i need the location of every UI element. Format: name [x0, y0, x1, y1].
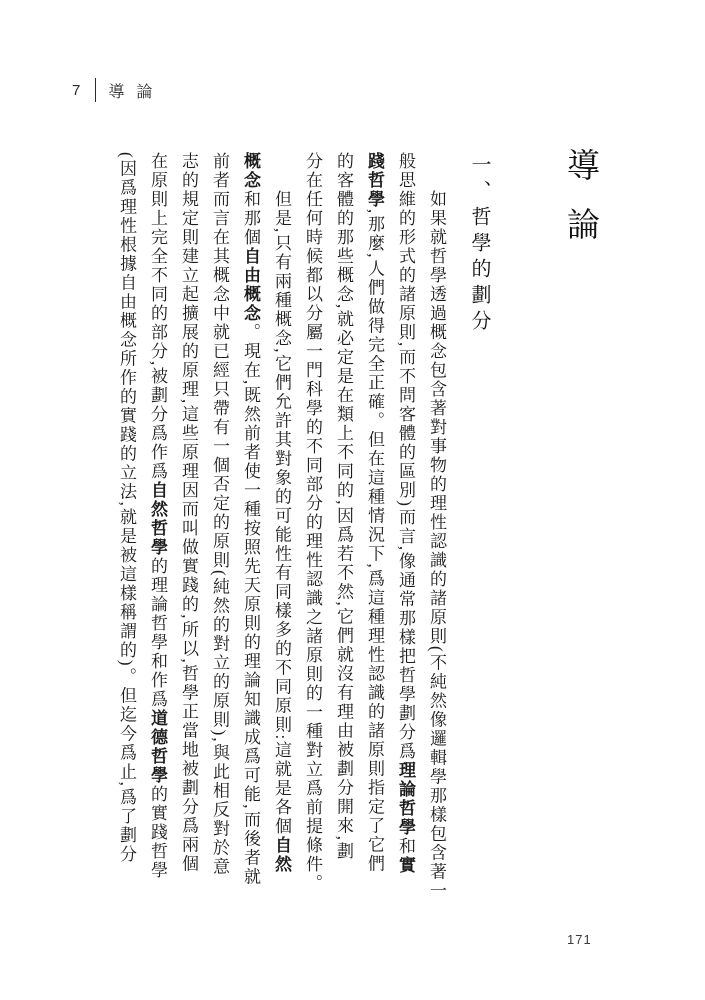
text-column: 般思維的形式的諸原則,而不問客體的區別)而言,像通常那樣把哲學劃分爲理論哲學和實: [390, 146, 421, 946]
section-heading: 一、哲學的劃分: [464, 146, 494, 946]
document-title: 導論: [554, 146, 606, 946]
vertical-text-area: 導論 一、哲學的劃分 如果就哲學透過概念包含著對事物的理性認識的諸原則(不純然像…: [110, 146, 606, 946]
body-text: 分在任何時候都以分屬一門科學的不同部分的理性認識之諸原則的一種對立爲前提條件。: [303, 152, 322, 893]
body-text: 般思維的形式的諸原則,而不問客體的區別)而言,像通常那樣把哲學劃分爲: [396, 152, 415, 761]
body-text: 的實踐哲學: [148, 785, 167, 880]
text-column: 前者而言在其概念中就已經只帶有一個否定的原則(純然的對立的原則),與此相反對於意: [204, 146, 235, 946]
header-divider: [95, 78, 96, 102]
text-column: 志的規定則建立起擴展的原理,這些原理因而叫做實踐的,所以,哲學正當地被劃分爲兩個: [173, 146, 204, 946]
body-text: 在原則上完全不同的部分,被劃分爲作爲: [148, 152, 167, 481]
emphasized-term: 踐哲學: [365, 152, 384, 209]
body-text: 的客體的那些概念,就必定是在類上不同的,因爲若不然,它們就沒有理由被劃分開來,劃: [334, 152, 353, 861]
body-text: (因爲理性根據自由概念所作的實踐的立法,就是被這樣稱謂的)。但迄今爲止,爲了劃分: [117, 152, 136, 864]
body-columns: 如果就哲學透過概念包含著對事物的理性認識的諸原則(不純然像邏輯學那樣包含著一般思…: [111, 146, 452, 946]
body-text: 和那個: [241, 190, 260, 247]
emphasized-term: 自然哲學: [148, 481, 167, 557]
body-text: 的理論哲學和作爲: [148, 557, 167, 709]
header-page-number: 7: [72, 82, 81, 99]
text-column: 踐哲學,那麼,人們做得完全正確。但在這種情況下,爲這種理性認識的諸原則指定了它們: [359, 146, 390, 946]
body-text: 和: [396, 837, 415, 856]
text-column: 分在任何時候都以分屬一門科學的不同部分的理性認識之諸原則的一種對立爲前提條件。: [297, 146, 328, 946]
body-text: 如果就哲學透過概念包含著對事物的理性認識的諸原則(不純然像邏輯學那樣包含著一: [427, 190, 446, 901]
text-column: 如果就哲學透過概念包含著對事物的理性認識的諸原則(不純然像邏輯學那樣包含著一: [421, 146, 452, 946]
emphasized-term: 自然: [272, 836, 291, 874]
emphasized-term: 道德哲學: [148, 709, 167, 785]
emphasized-term: 理論哲學: [396, 761, 415, 837]
book-page: 7 導論 導論 一、哲學的劃分 如果就哲學透過概念包含著對事物的理性認識的諸原則…: [0, 0, 705, 1000]
text-column: 但是,只有兩種概念,它們允許其對象的可能性有同樣多的不同原則:這就是各個自然: [266, 146, 297, 946]
text-column: 的客體的那些概念,就必定是在類上不同的,因爲若不然,它們就沒有理由被劃分開來,劃: [328, 146, 359, 946]
header-chapter-title: 導論: [108, 79, 164, 102]
footer-page-number: 171: [567, 932, 592, 947]
text-column: 在原則上完全不同的部分,被劃分爲作爲自然哲學的理論哲學和作爲道德哲學的實踐哲學: [142, 146, 173, 946]
running-header: 7 導論: [72, 76, 164, 104]
text-column: 概念和那個自由概念。現在,既然前者使一種按照先天原則的理論知識成爲可能,而後者就: [235, 146, 266, 946]
emphasized-term: 自由概念: [241, 247, 260, 323]
body-text: 前者而言在其概念中就已經只帶有一個否定的原則(純然的對立的原則),與此相反對於意: [210, 152, 229, 877]
body-text: 但是,只有兩種概念,它們允許其對象的可能性有同樣多的不同原則:這就是各個: [272, 190, 291, 836]
text-column: (因爲理性根據自由概念所作的實踐的立法,就是被這樣稱謂的)。但迄今爲止,爲了劃分: [111, 146, 142, 946]
body-text: 。現在,既然前者使一種按照先天原則的理論知識成爲可能,而後者就: [241, 323, 260, 887]
body-text: ,那麼,人們做得完全正確。但在這種情況下,爲這種理性認識的諸原則指定了它們: [365, 209, 384, 874]
emphasized-term: 概念: [241, 152, 260, 190]
body-text: 志的規定則建立起擴展的原理,這些原理因而叫做實踐的,所以,哲學正當地被劃分爲兩個: [179, 152, 198, 874]
emphasized-term: 實: [396, 856, 415, 875]
